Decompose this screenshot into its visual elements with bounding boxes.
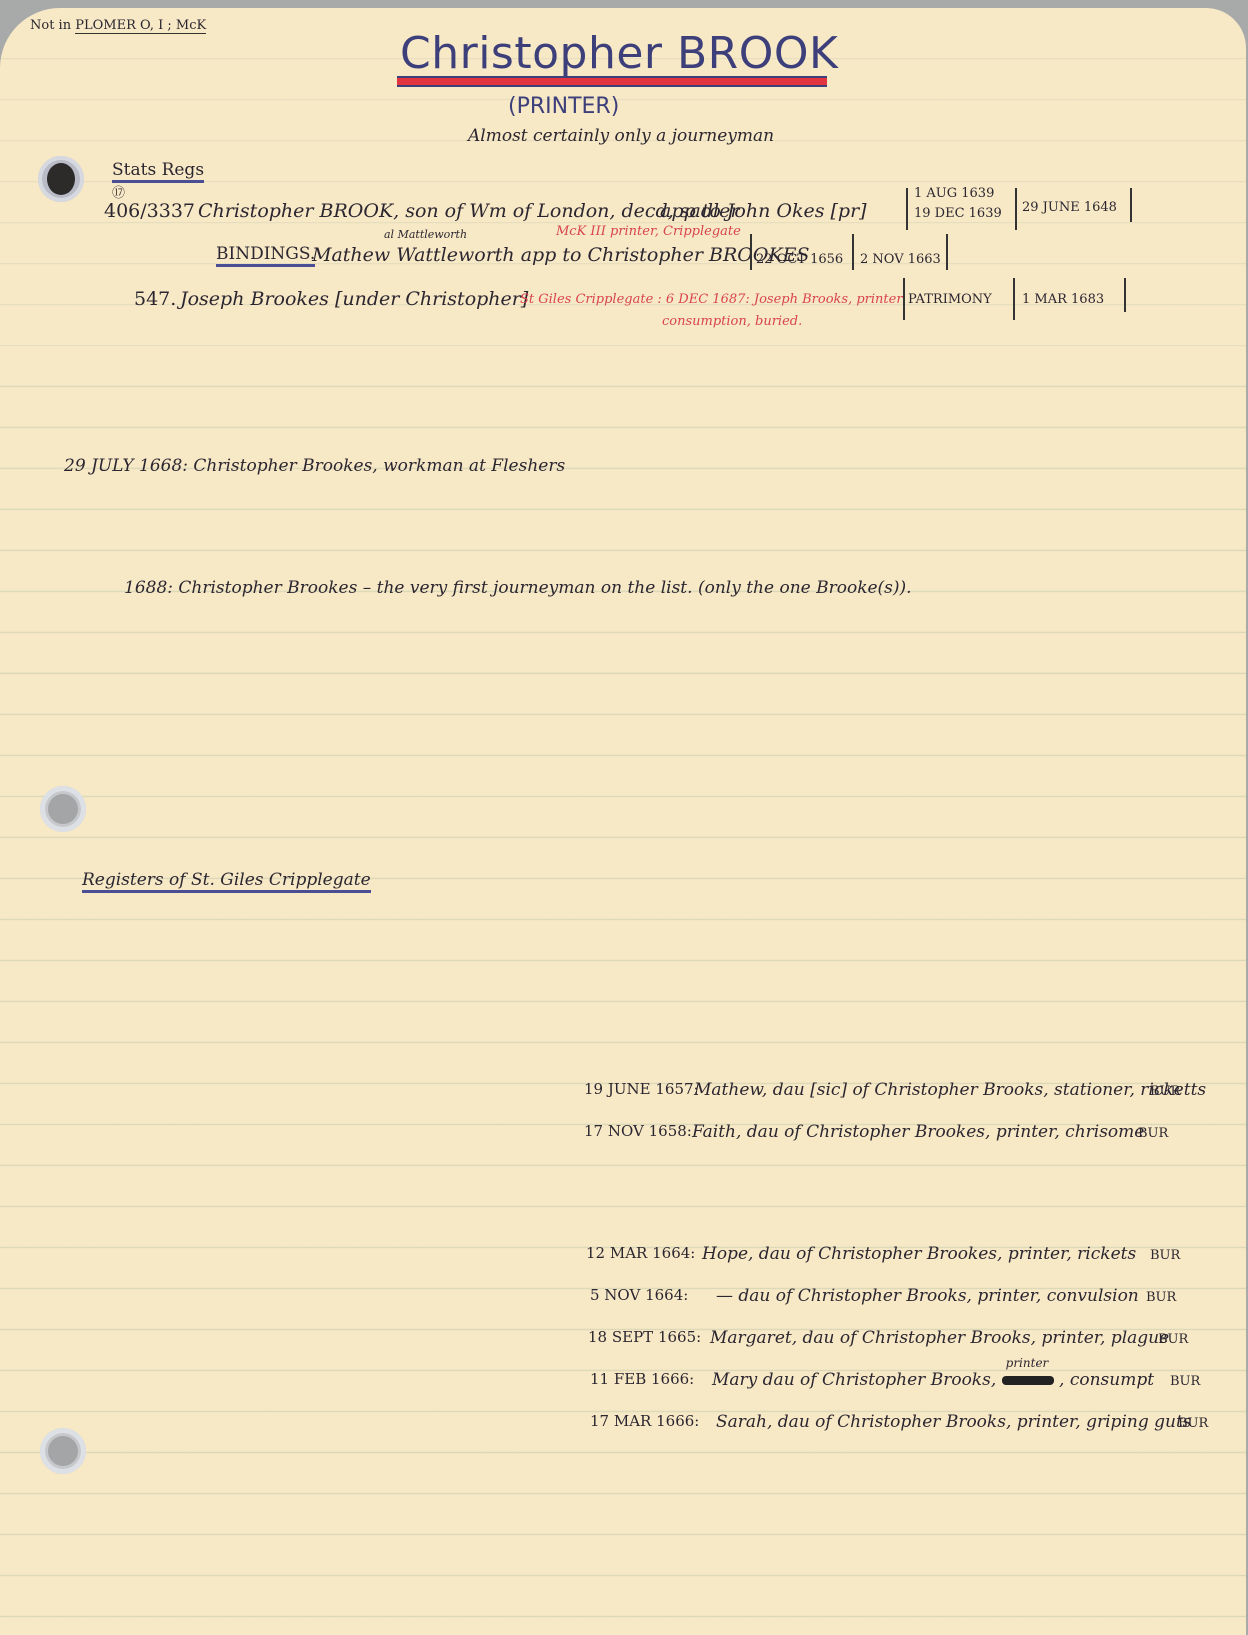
register-tag: BUR bbox=[1170, 1374, 1200, 1389]
page-title: Christopher BROOK bbox=[400, 28, 838, 79]
binding-superscript: al Mattleworth bbox=[384, 228, 467, 241]
page-subtitle: (PRINTER) bbox=[508, 94, 619, 119]
freedom-entry: Joseph Brookes [under Christopher] bbox=[180, 288, 528, 310]
register-text: Hope, dau of Christopher Brookes, printe… bbox=[702, 1244, 1136, 1264]
register-text: Mathew, dau [sic] of Christopher Brooks,… bbox=[694, 1080, 1206, 1100]
title-underline bbox=[397, 76, 827, 87]
register-text-main: Mary dau of Christopher Brooks, bbox=[712, 1370, 996, 1390]
freedom-ref: 547. bbox=[134, 288, 176, 310]
register-tag: BUR bbox=[1158, 1332, 1188, 1347]
corner-note: Not in PLOMER O, I ; McK bbox=[30, 18, 206, 33]
register-tag: BUR bbox=[1178, 1416, 1208, 1431]
note-1668: 29 JULY 1668: Christopher Brookes, workm… bbox=[64, 456, 565, 476]
stats-regs-heading: Stats Regs bbox=[112, 160, 204, 183]
register-text-after: , consumpt bbox=[1059, 1370, 1154, 1390]
register-date: 12 MAR 1664: bbox=[586, 1244, 695, 1262]
register-tag: BUR bbox=[1150, 1084, 1180, 1099]
register-tag: BUR bbox=[1150, 1248, 1180, 1263]
register-tag: BUR bbox=[1138, 1126, 1168, 1141]
column-rule bbox=[1013, 278, 1015, 320]
binding-entry: Mathew Wattleworth app to Christopher BR… bbox=[312, 244, 810, 266]
column-rule bbox=[852, 234, 854, 270]
tagline: Almost certainly only a journeyman bbox=[468, 126, 774, 146]
binder-hole-icon bbox=[40, 1428, 86, 1474]
date-bound-2: 19 DEC 1639 bbox=[914, 206, 1002, 221]
column-rule bbox=[750, 234, 752, 270]
apprentice-to: app to John Okes [pr] bbox=[660, 200, 867, 222]
redaction-mark bbox=[1002, 1376, 1054, 1385]
register-tag: BUR bbox=[1146, 1290, 1176, 1305]
date-freed: 29 JUNE 1648 bbox=[1022, 200, 1117, 215]
register-date: 5 NOV 1664: bbox=[590, 1286, 688, 1304]
freedom-type: PATRIMONY bbox=[908, 292, 992, 307]
register-text: Sarah, dau of Christopher Brooks, printe… bbox=[716, 1412, 1192, 1432]
column-rule bbox=[946, 234, 948, 270]
register-date: 17 MAR 1666: bbox=[590, 1412, 699, 1430]
correction-text: printer bbox=[1006, 1356, 1049, 1370]
binding-red-note: McK III printer, Cripplegate bbox=[556, 224, 741, 239]
notebook-page: Not in PLOMER O, I ; McK Christopher BRO… bbox=[0, 8, 1246, 1635]
correction-block: printer bbox=[1002, 1370, 1054, 1390]
register-text: — dau of Christopher Brooks, printer, co… bbox=[716, 1286, 1139, 1306]
register-date: 18 SEPT 1665: bbox=[588, 1328, 701, 1346]
register-text: Margaret, dau of Christopher Brooks, pri… bbox=[710, 1328, 1169, 1348]
register-text: Faith, dau of Christopher Brookes, print… bbox=[692, 1122, 1144, 1142]
stats-regs-entry: Christopher BROOK, son of Wm of London, … bbox=[198, 200, 739, 222]
binder-hole-icon bbox=[40, 786, 86, 832]
binding-date-2: 2 NOV 1663 bbox=[860, 252, 941, 267]
corner-note-prefix: Not in bbox=[30, 18, 71, 33]
column-rule bbox=[906, 188, 908, 230]
note-1688: 1688: Christopher Brookes – the very fir… bbox=[124, 578, 912, 598]
register-date: 11 FEB 1666: bbox=[590, 1370, 694, 1388]
binder-hole-icon bbox=[38, 156, 84, 202]
column-rule bbox=[1015, 188, 1017, 230]
column-rule bbox=[1130, 188, 1132, 222]
volume-mark: ⑰ bbox=[112, 182, 125, 201]
date-bound-1: 1 AUG 1639 bbox=[914, 186, 994, 201]
binding-date-1: 22 OCT 1656 bbox=[756, 252, 843, 267]
freedom-red-note: St Giles Cripplegate : 6 DEC 1687: Josep… bbox=[520, 292, 903, 307]
freedom-red-note-2: consumption, buried. bbox=[662, 314, 802, 329]
stats-regs-ref: 406/3337 bbox=[104, 200, 195, 222]
column-rule bbox=[1124, 278, 1126, 312]
bindings-label: BINDINGS. bbox=[216, 244, 315, 267]
freedom-date: 1 MAR 1683 bbox=[1022, 292, 1104, 307]
corner-note-refs: PLOMER O, I ; McK bbox=[75, 18, 206, 34]
register-date: 19 JUNE 1657: bbox=[584, 1080, 699, 1098]
register-text: Mary dau of Christopher Brooks, printer … bbox=[712, 1370, 1154, 1390]
column-rule bbox=[903, 278, 905, 320]
registers-heading: Registers of St. Giles Cripplegate bbox=[82, 870, 371, 893]
register-date: 17 NOV 1658: bbox=[584, 1122, 692, 1140]
